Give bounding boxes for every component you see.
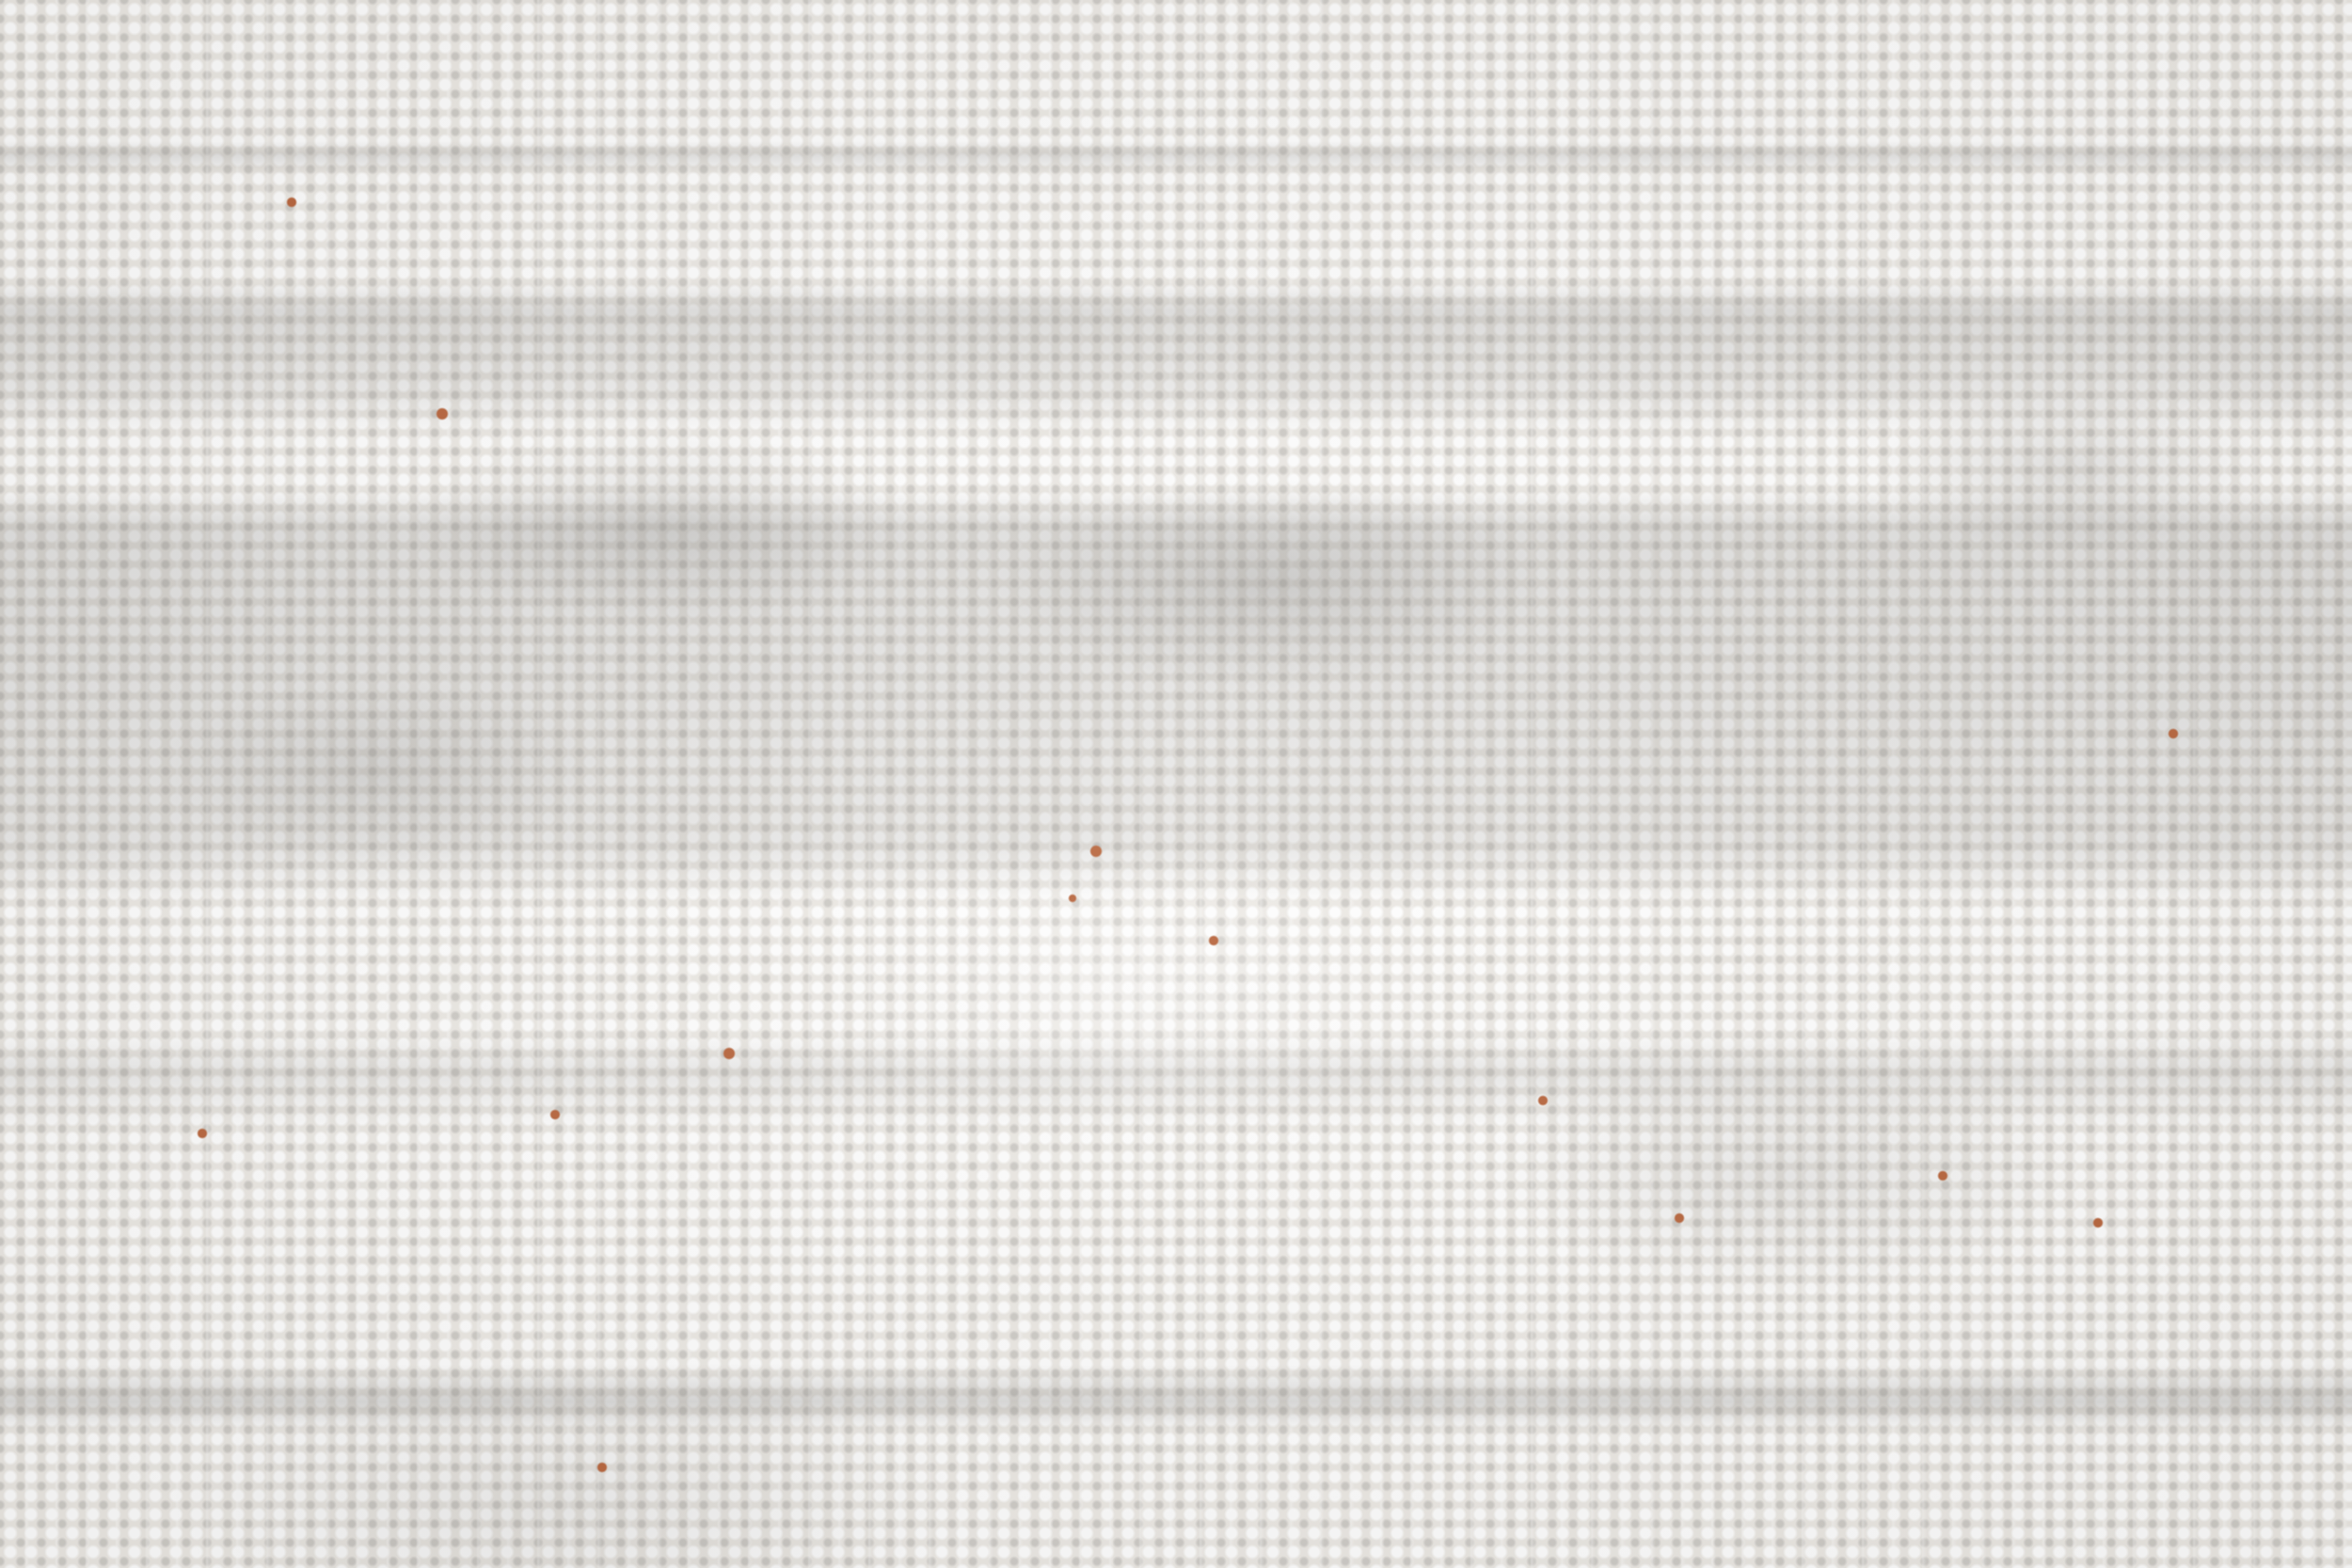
lighting-vignette	[0, 0, 2352, 1568]
rug-texture-photo	[0, 0, 2352, 1568]
